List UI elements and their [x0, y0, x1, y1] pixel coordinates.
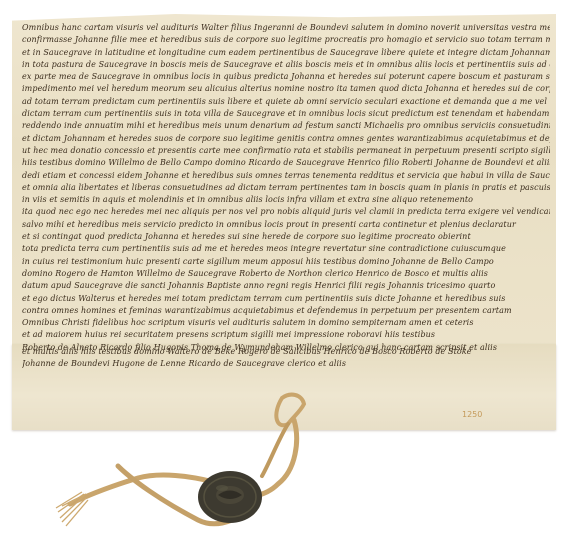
tassel [56, 492, 88, 526]
cord-strand [70, 475, 214, 504]
seal-and-cord [0, 0, 580, 557]
cord-strand [262, 424, 288, 476]
cord-loop [276, 395, 304, 426]
cord-strand [256, 420, 297, 496]
